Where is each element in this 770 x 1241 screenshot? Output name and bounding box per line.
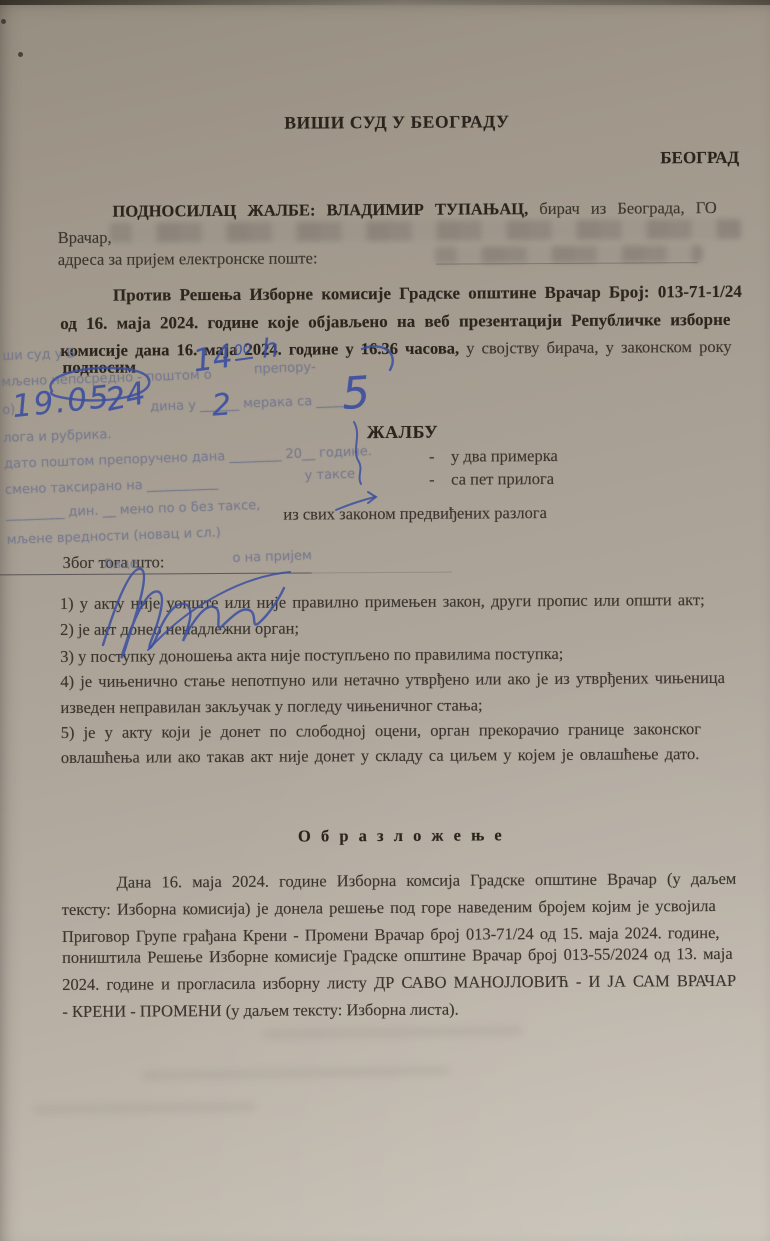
rationale-line-5: 2024. године и прогласила изборну листу … bbox=[62, 971, 736, 995]
stamp-row: смено таксирано на ___________ bbox=[5, 475, 219, 497]
redacted-email bbox=[435, 245, 703, 264]
rationale-line-6: - КРЕНИ - ПРОМЕНИ (у даљем тексту: Избор… bbox=[62, 1000, 459, 1022]
appeal-item-2-text: са пет прилога bbox=[451, 469, 554, 489]
stamp-row: мљене вредности (новац и сл.) bbox=[6, 525, 221, 547]
ground-5-cont: овлашћења или ако такав акт није донет у… bbox=[61, 744, 700, 768]
photo-of-document: { "document": { "title": "ВИШИ СУД У БЕО… bbox=[0, 0, 770, 1241]
ground-1: 1) у акту није уопште или није правилно … bbox=[60, 590, 705, 614]
against-line-2: од 16. маја 2024. године које објављено … bbox=[60, 310, 730, 334]
court-title: ВИШИ СУД У БЕОГРАДУ bbox=[0, 109, 770, 135]
applicant-description: бирач из Београда, ГО bbox=[539, 198, 717, 218]
handwritten-copies-count: 2 bbox=[211, 387, 232, 423]
rationale-line-2: тексту: Изборна комисија) је донела реше… bbox=[62, 896, 716, 920]
applicant-line: ПОДНОСИЛАЦ ЖАЛБЕ: ВЛАДИМИР ТУПАЊАЦ, бира… bbox=[112, 198, 716, 222]
bleed-through-text bbox=[143, 1066, 450, 1080]
bleed-through-text bbox=[262, 1026, 522, 1039]
stamp-row: ши суд у Б bbox=[2, 346, 76, 364]
applicant-name: ПОДНОСИЛАЦ ЖАЛБЕ: ВЛАДИМИР ТУПАЊАЦ, bbox=[112, 199, 528, 221]
stamp-row: _________ дин. __ мено по о без таксе, bbox=[6, 498, 261, 522]
ground-4: 4) је чињенично стање непотпуно или нета… bbox=[60, 668, 725, 692]
stamp-row: дина у ______ мерака са ______ bbox=[150, 393, 356, 415]
appeal-item-1-text: у два примерка bbox=[451, 446, 558, 466]
email-label: адреса за пријем електронске поште: bbox=[58, 248, 318, 270]
ground-2: 2) је акт донео ненадлежни орган; bbox=[60, 619, 299, 640]
applicant-address-line: Врачар, bbox=[58, 228, 112, 248]
stamp-row: Лице bbox=[102, 556, 138, 572]
ground-3: 3) у поступку доношења акта није поступљ… bbox=[60, 644, 563, 667]
rationale-line-4: поништила Решење Изборне комисије Градск… bbox=[62, 944, 733, 968]
email-underline bbox=[436, 262, 698, 265]
redacted-address bbox=[110, 219, 742, 243]
document-content: ВИШИ СУД У БЕОГРАДУ БЕОГРАД ПОДНОСИЛАЦ Ж… bbox=[0, 0, 770, 1241]
rationale-line-3: Приговор Групе грађана Крени - Промени В… bbox=[62, 923, 720, 947]
against-line-3-rest: у својству бирача, у законском року bbox=[466, 337, 731, 358]
ground-5: 5) је у акту који је донет по слободној … bbox=[61, 719, 701, 743]
against-line-1: Против Решења Изборне комисије Градске о… bbox=[113, 282, 742, 306]
rationale-heading: О б р а з л о ж е њ е bbox=[1, 823, 770, 848]
stamp-row: у таксе bbox=[304, 467, 355, 484]
handwritten-hour-unit: h bbox=[261, 333, 280, 364]
stamp-row: лога и рубрика. bbox=[3, 427, 112, 446]
handwritten-attachments-count: 5 bbox=[340, 367, 371, 420]
stamp-row: о на пријем bbox=[232, 548, 312, 566]
handwritten-time-superscript: 00 bbox=[233, 341, 253, 361]
city-label: БЕОГРАД bbox=[0, 148, 739, 173]
rationale-line-1: Дана 16. маја 2024. године Изборна комси… bbox=[117, 869, 737, 893]
scanned-paper: ВИШИ СУД У БЕОГРАДУ БЕОГРАД ПОДНОСИЛАЦ Ж… bbox=[0, 0, 770, 1241]
handwritten-time: 14 bbox=[191, 338, 235, 379]
ground-4-cont: изведен неправилан закључак у погледу чи… bbox=[60, 695, 482, 718]
bleed-through-text bbox=[33, 1102, 256, 1114]
